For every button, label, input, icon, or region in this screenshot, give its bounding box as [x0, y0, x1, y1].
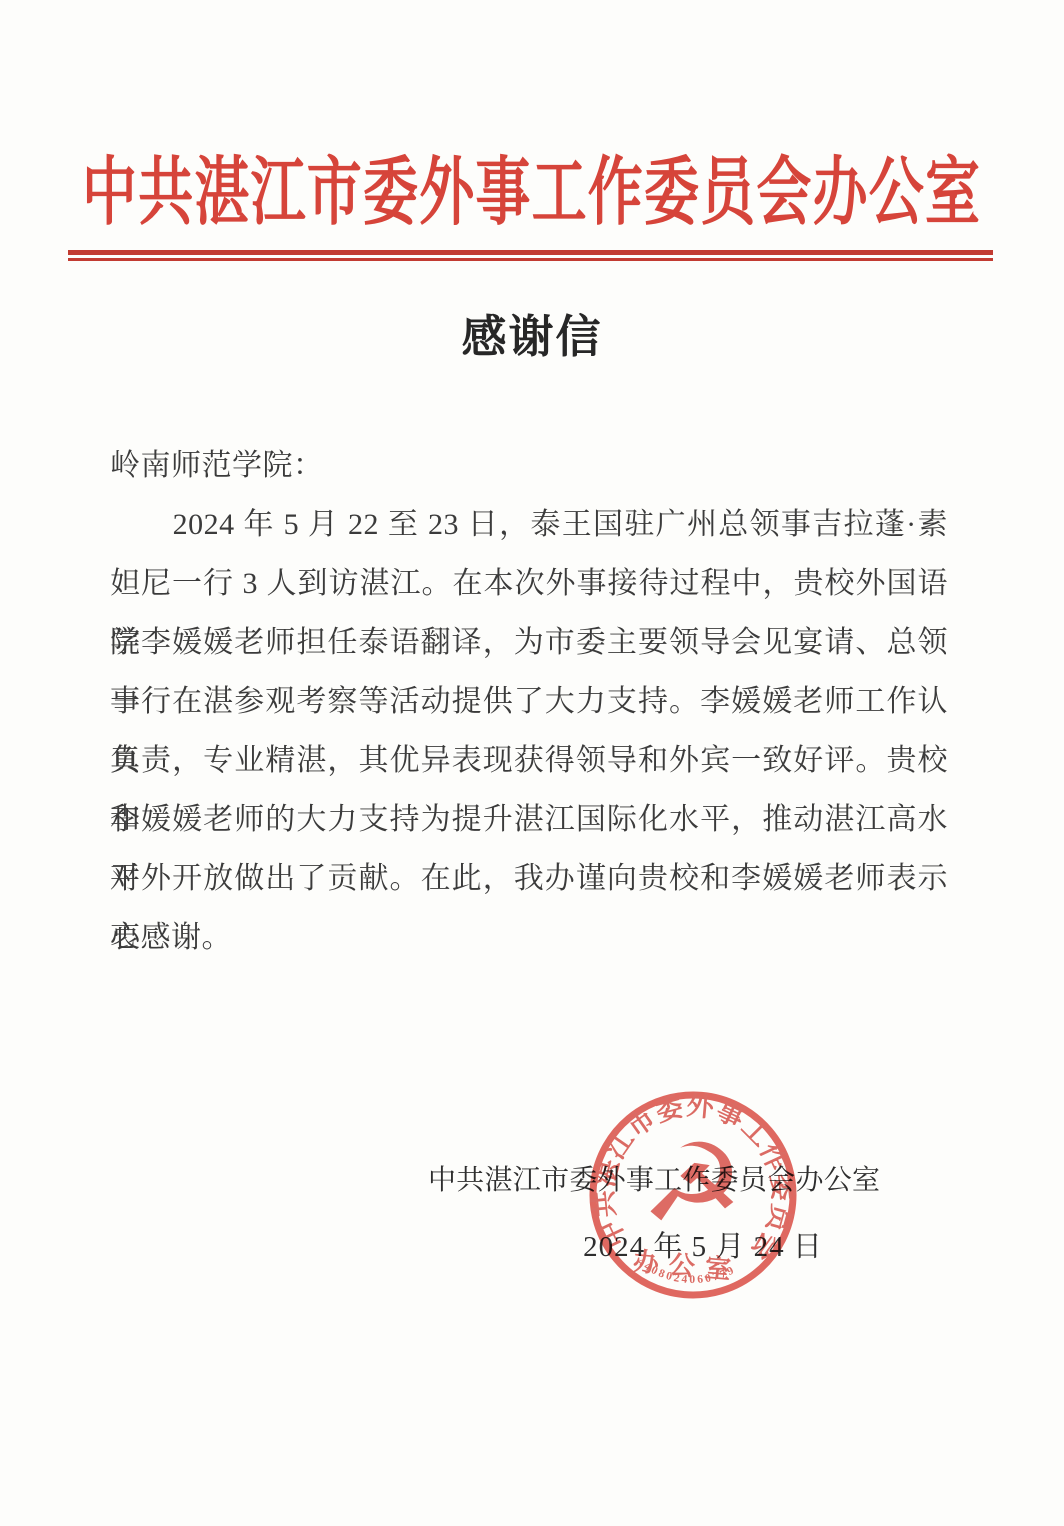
letterhead-rule-thin [68, 258, 993, 261]
body-line: 李媛媛老师的大力支持为提升湛江国际化水平，推动湛江高水平 [110, 790, 948, 849]
body-line: 2024 年 5 月 22 至 23 日，泰王国驻广州总领事吉拉蓬·素 [110, 495, 948, 554]
hammer-sickle-icon: ☭ [638, 1116, 749, 1254]
body-line: 院李媛媛老师担任泰语翻译，为市委主要领导会见宴请、总领事 [110, 613, 948, 672]
letterhead-title: 中共湛江市委外事工作委员会办公室 [82, 119, 980, 268]
official-seal: 中共湛江市委外事工作委员会 ☭ 办公室 4408024060779 [572, 1074, 815, 1317]
body-line: 对外开放做出了贡献。在此，我办谨向贵校和李媛媛老师表示衷 [110, 849, 948, 908]
body-line: 负责，专业精湛，其优异表现获得领导和外宾一致好评。贵校和 [110, 731, 948, 790]
letter-body: 岭南师范学院： 2024 年 5 月 22 至 23 日，泰王国驻广州总领事吉拉… [110, 436, 948, 967]
letterhead-rule-thick [68, 250, 993, 255]
body-line: 心感谢。 [110, 908, 948, 967]
scanned-letter-page: 中共湛江市委外事工作委员会办公室 感谢信 岭南师范学院： 2024 年 5 月 … [0, 0, 1064, 1526]
body-line: 一行在湛参观考察等活动提供了大力支持。李媛媛老师工作认真 [110, 672, 948, 731]
document-title: 感谢信 [0, 300, 1064, 365]
body-line: 岭南师范学院： [110, 436, 948, 495]
body-line: 妲尼一行 3 人到访湛江。在本次外事接待过程中，贵校外国语学 [110, 554, 948, 613]
